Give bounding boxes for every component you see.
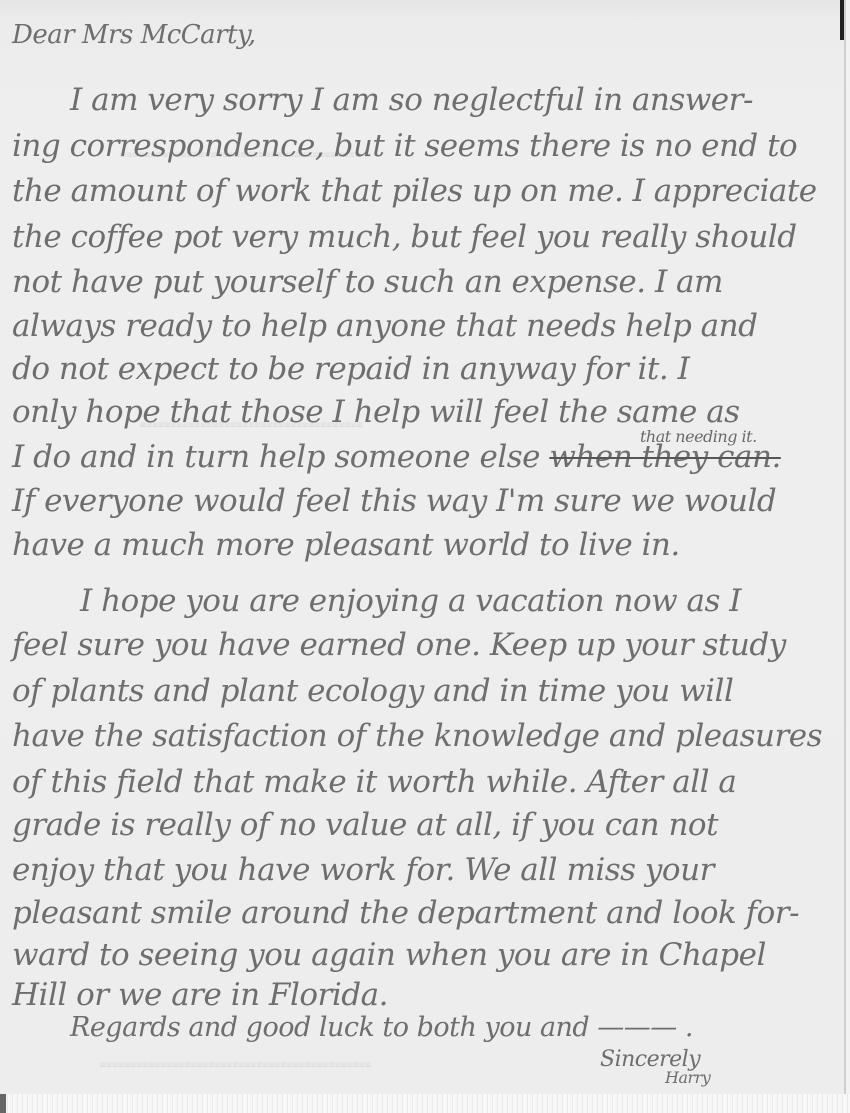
letter-line: ward to seeing you again when you are in… [12, 937, 766, 973]
letter-line: ing correspondence, but it seems there i… [12, 128, 797, 164]
letter-line: enjoy that you have work for. We all mis… [12, 852, 714, 888]
letter-line: do not expect to be repaid in anyway for… [12, 351, 689, 387]
scanner-background [0, 1094, 850, 1113]
letter-line: not have put yourself to such an expense… [12, 264, 723, 300]
letter-line: the coffee pot very much, but feel you r… [12, 219, 797, 255]
salutation: Dear Mrs McCarty, [12, 20, 256, 50]
letter-line: only hope that those I help will feel th… [12, 394, 740, 430]
letter-line: have a much more pleasant world to live … [12, 527, 680, 563]
letter-line: the amount of work that piles up on me. … [12, 173, 817, 209]
letter-line: grade is really of no value at all, if y… [12, 807, 718, 843]
letter-line: Regards and good luck to both you and ——… [70, 1012, 693, 1043]
letter-line: have the satisfaction of the knowledge a… [12, 718, 822, 754]
letter-line: pleasant smile around the department and… [12, 895, 799, 931]
letter-line: of this field that make it worth while. … [12, 764, 736, 800]
bleed-through-text: ≡≡≡≡≡≡≡≡≡≡≡≡≡≡≡≡≡≡≡≡≡≡≡≡≡≡≡≡≡≡≡≡≡≡≡≡≡≡≡≡… [100, 1060, 371, 1071]
letter-line: I am very sorry I am so neglectful in an… [70, 82, 753, 118]
letter-line: of plants and plant ecology and in time … [12, 673, 733, 709]
letter-line: always ready to help anyone that needs h… [12, 308, 757, 344]
letter-line-text: I do and in turn help someone else [12, 439, 540, 475]
letter-line: If everyone would feel this way I'm sure… [12, 483, 776, 519]
page-curl [0, 1094, 6, 1113]
letter-line: I hope you are enjoying a vacation now a… [80, 583, 741, 619]
letter-line: feel sure you have earned one. Keep up y… [12, 627, 786, 663]
inserted-text: that needing it. [640, 427, 757, 446]
letter-page: ≡≡≡≡≡≡≡≡≡≡≡≡≡≡≡≡≡≡≡≡≡≡≡≡≡≡≡≡≡≡≡≡≡≡≡≡≡≡≡≡… [0, 0, 846, 1094]
letter-line: Hill or we are in Florida. [12, 977, 388, 1013]
signature: Harry [665, 1068, 710, 1087]
scan-edge [840, 0, 844, 40]
